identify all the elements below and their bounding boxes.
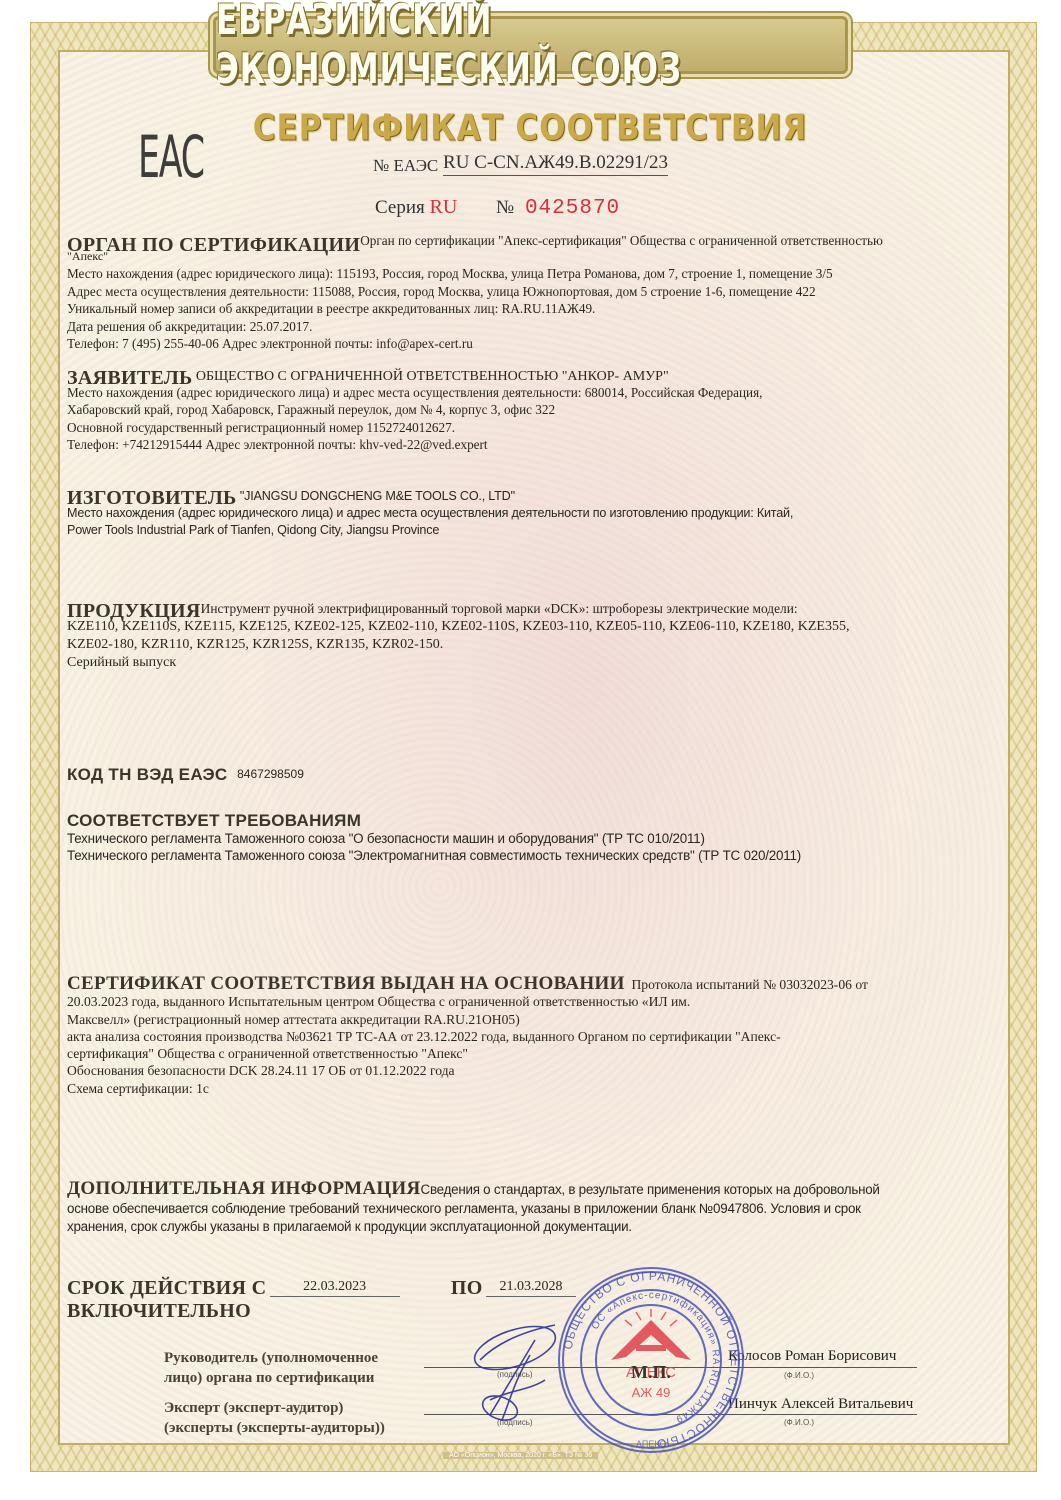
basis-line-4: сертификация" Общества с ограниченной от… [67, 1045, 992, 1062]
certificate-title: СЕРТИФИКАТ СООТВЕТСТВИЯ [155, 107, 905, 148]
additional-info-heading: ДОПОЛНИТЕЛЬНАЯ ИНФОРМАЦИЯ [67, 1178, 421, 1199]
additional-info-line-1: основе обеспечивается соблюдение требова… [67, 1200, 992, 1219]
basis-line-3: акта анализа состояния производства №036… [67, 1028, 992, 1045]
series-label: Серия [375, 197, 425, 218]
tn-ved-section: КОД ТН ВЭД ЕАЭС 8467298509 [67, 766, 992, 785]
eac-mark-icon: EAC [138, 128, 204, 186]
applicant-name: ОБЩЕСТВО С ОГРАНИЧЕННОЙ ОТВЕТСТВЕННОСТЬЮ… [196, 369, 669, 384]
blank-number-label: № [496, 197, 514, 218]
validity-to-label: ПО [451, 1277, 483, 1299]
seal-stamp-icon: ОБЩЕСТВО С ОГРАНИЧЕННОЙ ОТВЕТСТВЕННОСТЬЮ… [556, 1265, 746, 1455]
tn-ved-heading: КОД ТН ВЭД ЕАЭС [67, 765, 227, 784]
head-signatory-label: Руководитель (уполномоченное лицо) орган… [164, 1348, 378, 1388]
applicant-contacts: Телефон: +74212915444 Адрес электронной … [67, 436, 992, 454]
manufacturer-address-1: Место нахождения (адрес юридического лиц… [67, 505, 992, 523]
manufacturer-section: ИЗГОТОВИТЕЛЬ "JIANGSU DONGCHENG M&E TOOL… [67, 488, 992, 540]
basis-line-1: 20.03.2023 года, выданного Испытательным… [67, 993, 992, 1010]
additional-info-line-2: хранения, срок службы указаны в прилагае… [67, 1218, 992, 1237]
head-fio-caption: (Ф.И.О.) [784, 1371, 814, 1380]
handwritten-signature-icon [460, 1320, 580, 1430]
cb-accreditation-date: Дата решения об аккредитации: 25.07.2017… [67, 318, 992, 336]
certification-body-section: ОРГАН ПО СЕРТИФИКАЦИИОрган по сертификац… [67, 232, 992, 353]
applicant-address-2: Хабаровский край, город Хабаровск, Гараж… [67, 401, 992, 419]
expert-label-line-2: (эксперты (эксперты-аудиторы)) [164, 1418, 385, 1438]
head-label-line-1: Руководитель (уполномоченное [164, 1348, 378, 1368]
requirements-heading: СООТВЕТСТВУЕТ ТРЕБОВАНИЯМ [67, 812, 992, 830]
svg-text:АПЕКС: АПЕКС [636, 1439, 667, 1449]
svg-text:АЖ 49: АЖ 49 [632, 1385, 671, 1400]
basis-section: СЕРТИФИКАТ СООТВЕТСТВИЯ ВЫДАН НА ОСНОВАН… [67, 975, 992, 1097]
cb-contacts: Телефон: 7 (495) 255-40-06 Адрес электро… [67, 335, 992, 353]
svg-text:М.П.: М.П. [631, 1362, 671, 1382]
expert-signatory-label: Эксперт (эксперт-аудитор) (эксперты (экс… [164, 1398, 385, 1438]
manufacturer-address-2: Power Tools Industrial Park of Tianfen, … [67, 522, 992, 540]
eaeu-banner: ЕВРАЗИЙСКИЙ ЭКОНОМИЧЕСКИЙ СОЮЗ [213, 16, 848, 74]
head-name: Колосов Роман Борисович [728, 1348, 896, 1365]
blank-number-value: 0425870 [525, 197, 620, 220]
basis-line-5: Обоснования безопасности DCK 28.24.11 17… [67, 1062, 992, 1079]
head-label-line-2: лицо) органа по сертификации [164, 1368, 378, 1388]
additional-info-section: ДОПОЛНИТЕЛЬНАЯ ИНФОРМАЦИЯСведения о стан… [67, 1180, 992, 1237]
cb-legal-address: Место нахождения (адрес юридического лиц… [67, 265, 992, 283]
basis-heading: СЕРТИФИКАТ СООТВЕТСТВИЯ ВЫДАН НА ОСНОВАН… [67, 973, 625, 994]
expert-fio-caption: (Ф.И.О.) [784, 1418, 814, 1427]
product-description: Инструмент ручной электрифицированный то… [201, 601, 798, 616]
printer-imprint: АО «Опцион», Москва, 2020 г. «Б». ТЗ № 3… [443, 1452, 598, 1459]
basis-scheme: Схема сертификации: 1с [67, 1080, 992, 1097]
tn-ved-value: 8467298509 [237, 767, 304, 781]
expert-label-line-1: Эксперт (эксперт-аудитор) [164, 1398, 385, 1418]
cb-accreditation-number: Уникальный номер записи об аккредитации … [67, 300, 992, 318]
validity-section: СРОК ДЕЙСТВИЯ С 22.03.2023 ПО 21.03.2028… [67, 1278, 992, 1320]
series-line: Серия RU № 0425870 [375, 196, 620, 220]
product-models-2: KZE02-180, KZR110, KZR125, KZR125S, KZR1… [67, 636, 992, 654]
applicant-ogrn: Основной государственный регистрационный… [67, 419, 992, 437]
expert-fio-line [722, 1414, 917, 1415]
basis-line-2: Максвелл» (регистрационный номер аттеста… [67, 1011, 992, 1028]
number-label: № ЕАЭС [373, 156, 438, 175]
certification-body-heading: ОРГАН ПО СЕРТИФИКАЦИИ [67, 234, 360, 256]
expert-name: Пинчук Алексей Витальевич [728, 1396, 913, 1413]
applicant-section: ЗАЯВИТЕЛЬ ОБЩЕСТВО С ОГРАНИЧЕННОЙ ОТВЕТС… [67, 368, 992, 454]
certification-body-name: Орган по сертификации "Апекс-сертификаци… [360, 233, 883, 248]
manufacturer-name: "JIANGSU DONGCHENG M&E TOOLS CO., LTD" [240, 489, 515, 503]
basis-protocol: Протокола испытаний № 03032023-06 от [631, 977, 867, 992]
certificate-number: № ЕАЭС RU C-CN.АЖ49.В.02291/23 [373, 152, 668, 177]
additional-info-first: Сведения о стандартах, в результате прим… [421, 1182, 880, 1197]
requirement-1: Технического регламента Таможенного союз… [67, 830, 992, 848]
cb-activity-address: Адрес места осуществления деятельности: … [67, 283, 992, 301]
banner-text: ЕВРАЗИЙСКИЙ ЭКОНОМИЧЕСКИЙ СОЮЗ [216, 0, 845, 94]
number-value: RU C-CN.АЖ49.В.02291/23 [443, 152, 668, 176]
applicant-address-1: Место нахождения (адрес юридического лиц… [67, 384, 992, 402]
requirements-section: СООТВЕТСТВУЕТ ТРЕБОВАНИЯМ Технического р… [67, 812, 992, 865]
validity-from-value: 22.03.2023 [270, 1278, 400, 1297]
series-value: RU [430, 196, 458, 218]
product-section: ПРОДУКЦИЯИнструмент ручной электрифициро… [67, 600, 992, 672]
validity-inclusive-label: ВКЛЮЧИТЕЛЬНО [67, 1303, 992, 1321]
requirement-2: Технического регламента Таможенного союз… [67, 847, 992, 865]
product-serial: Серийный выпуск [67, 654, 992, 672]
head-fio-line [722, 1367, 917, 1368]
validity-from-label: СРОК ДЕЙСТВИЯ С [67, 1277, 266, 1299]
product-models-1: KZE110, KZE110S, KZE115, KZE125, KZE02-1… [67, 618, 992, 636]
